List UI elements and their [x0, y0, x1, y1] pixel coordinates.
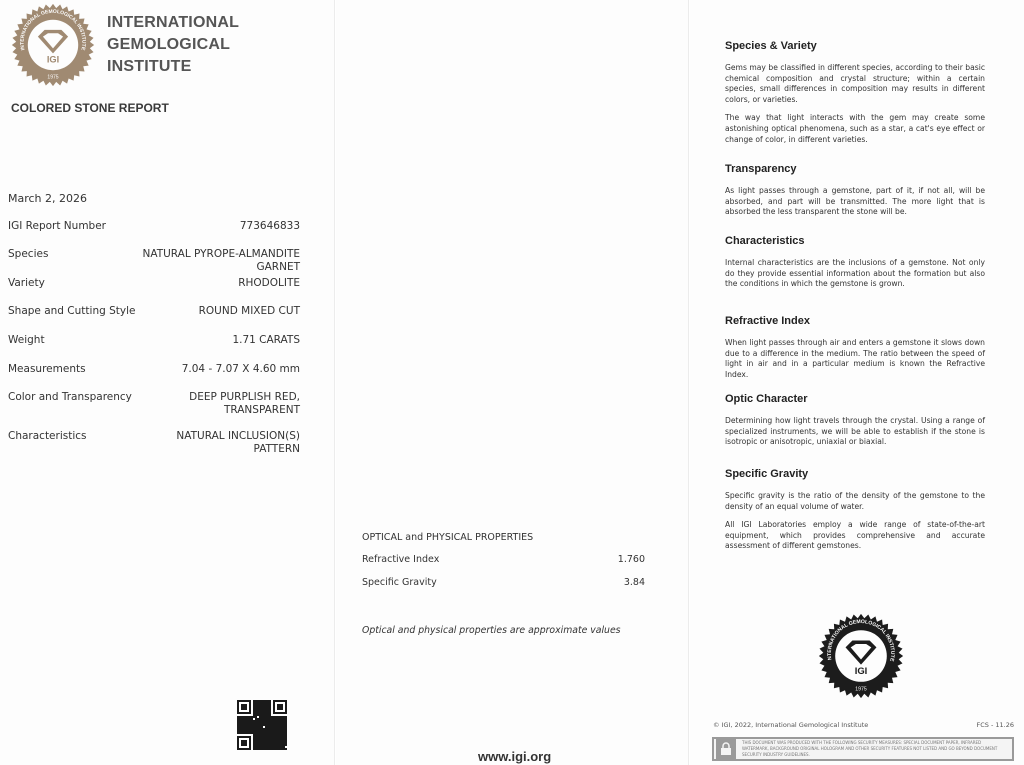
- optical-properties-title: OPTICAL and PHYSICAL PROPERTIES: [362, 532, 533, 543]
- info-section-title: Specific Gravity: [725, 468, 985, 480]
- field-label: Shape and Cutting Style: [8, 305, 135, 317]
- info-section-title: Transparency: [725, 163, 985, 175]
- svg-text:1975: 1975: [47, 75, 58, 81]
- info-section-text: As light passes through a gemstone, part…: [725, 186, 985, 218]
- field-value: ROUND MIXED CUT: [199, 305, 300, 318]
- field-value: NATURAL PYROPE-ALMANDITE GARNET: [142, 248, 300, 274]
- report-type-title: COLORED STONE REPORT: [11, 101, 169, 115]
- security-notice: THIS DOCUMENT WAS PRODUCED WITH THE FOLL…: [712, 737, 1014, 761]
- igi-seal-stamp-icon: IGI1975INTERNATIONAL GEMOLOGICAL INSTITU…: [818, 613, 904, 699]
- svg-text:IGI: IGI: [47, 55, 59, 65]
- igi-seal-logo-icon: IGI1975INTERNATIONAL GEMOLOGICAL INSTITU…: [11, 3, 95, 87]
- optical-row-refractive-index: Refractive Index 1.760: [362, 554, 645, 565]
- website-link[interactable]: www.igi.org: [478, 749, 551, 764]
- field-value: NATURAL INCLUSION(S) PATTERN: [176, 430, 300, 456]
- info-section-title: Optic Character: [725, 393, 985, 405]
- field-label: Species: [8, 248, 48, 260]
- info-section-text: Specific gravity is the ratio of the den…: [725, 491, 985, 512]
- field-value: DEEP PURPLISH RED, TRANSPARENT: [189, 391, 300, 417]
- info-section: TransparencyAs light passes through a ge…: [725, 163, 985, 226]
- field-label: IGI Report Number: [8, 220, 106, 232]
- field-label: Weight: [8, 334, 45, 346]
- optical-label: Specific Gravity: [362, 577, 437, 588]
- info-section: Refractive IndexWhen light passes throug…: [725, 315, 985, 388]
- brand-line: INTERNATIONAL: [107, 12, 239, 34]
- info-section-title: Refractive Index: [725, 315, 985, 327]
- fold-divider: [688, 0, 689, 765]
- optical-label: Refractive Index: [362, 554, 439, 565]
- brand-name: INTERNATIONAL GEMOLOGICAL INSTITUTE: [107, 12, 239, 78]
- field-label: Color and Transparency: [8, 391, 132, 403]
- field-value: 7.04 - 7.07 X 4.60 mm: [182, 363, 300, 376]
- field-label: Variety: [8, 277, 45, 289]
- info-section-text: The way that light interacts with the ge…: [725, 113, 985, 145]
- lock-document-icon: [716, 739, 736, 759]
- brand-line: INSTITUTE: [107, 56, 239, 78]
- svg-text:IGI: IGI: [855, 666, 868, 677]
- brand-line: GEMOLOGICAL: [107, 34, 239, 56]
- info-section-text: When light passes through air and enters…: [725, 338, 985, 380]
- report-date: March 2, 2026: [8, 192, 87, 205]
- field-value: RHODOLITE: [238, 277, 300, 290]
- field-value: 1.71 CARATS: [232, 334, 300, 347]
- field-label: Characteristics: [8, 430, 87, 442]
- report-panel-middle: [336, 0, 688, 765]
- info-section-text: Gems may be classified in different spec…: [725, 63, 985, 105]
- info-section-title: Species & Variety: [725, 40, 985, 52]
- info-section: Optic CharacterDetermining how light tra…: [725, 393, 985, 456]
- qr-code-icon[interactable]: [237, 700, 287, 750]
- copyright-text: © IGI, 2022, International Gemological I…: [713, 721, 868, 729]
- info-section-text: All IGI Laboratories employ a wide range…: [725, 520, 985, 552]
- field-label: Measurements: [8, 363, 86, 375]
- info-section: Species & VarietyGems may be classified …: [725, 40, 985, 153]
- fold-divider: [334, 0, 335, 765]
- info-section-text: Determining how light travels through th…: [725, 416, 985, 448]
- optical-value: 1.760: [618, 554, 645, 565]
- optical-disclaimer: Optical and physical properties are appr…: [362, 625, 621, 636]
- info-section-title: Characteristics: [725, 235, 985, 247]
- field-value: 773646833: [240, 220, 300, 233]
- form-code: FCS - 11.26: [977, 721, 1015, 729]
- optical-row-specific-gravity: Specific Gravity 3.84: [362, 577, 645, 588]
- svg-text:1975: 1975: [855, 686, 867, 692]
- info-section: Specific GravitySpecific gravity is the …: [725, 468, 985, 560]
- info-section: CharacteristicsInternal characteristics …: [725, 235, 985, 298]
- info-section-text: Internal characteristics are the inclusi…: [725, 258, 985, 290]
- optical-value: 3.84: [624, 577, 645, 588]
- security-text: THIS DOCUMENT WAS PRODUCED WITH THE FOLL…: [742, 740, 1012, 758]
